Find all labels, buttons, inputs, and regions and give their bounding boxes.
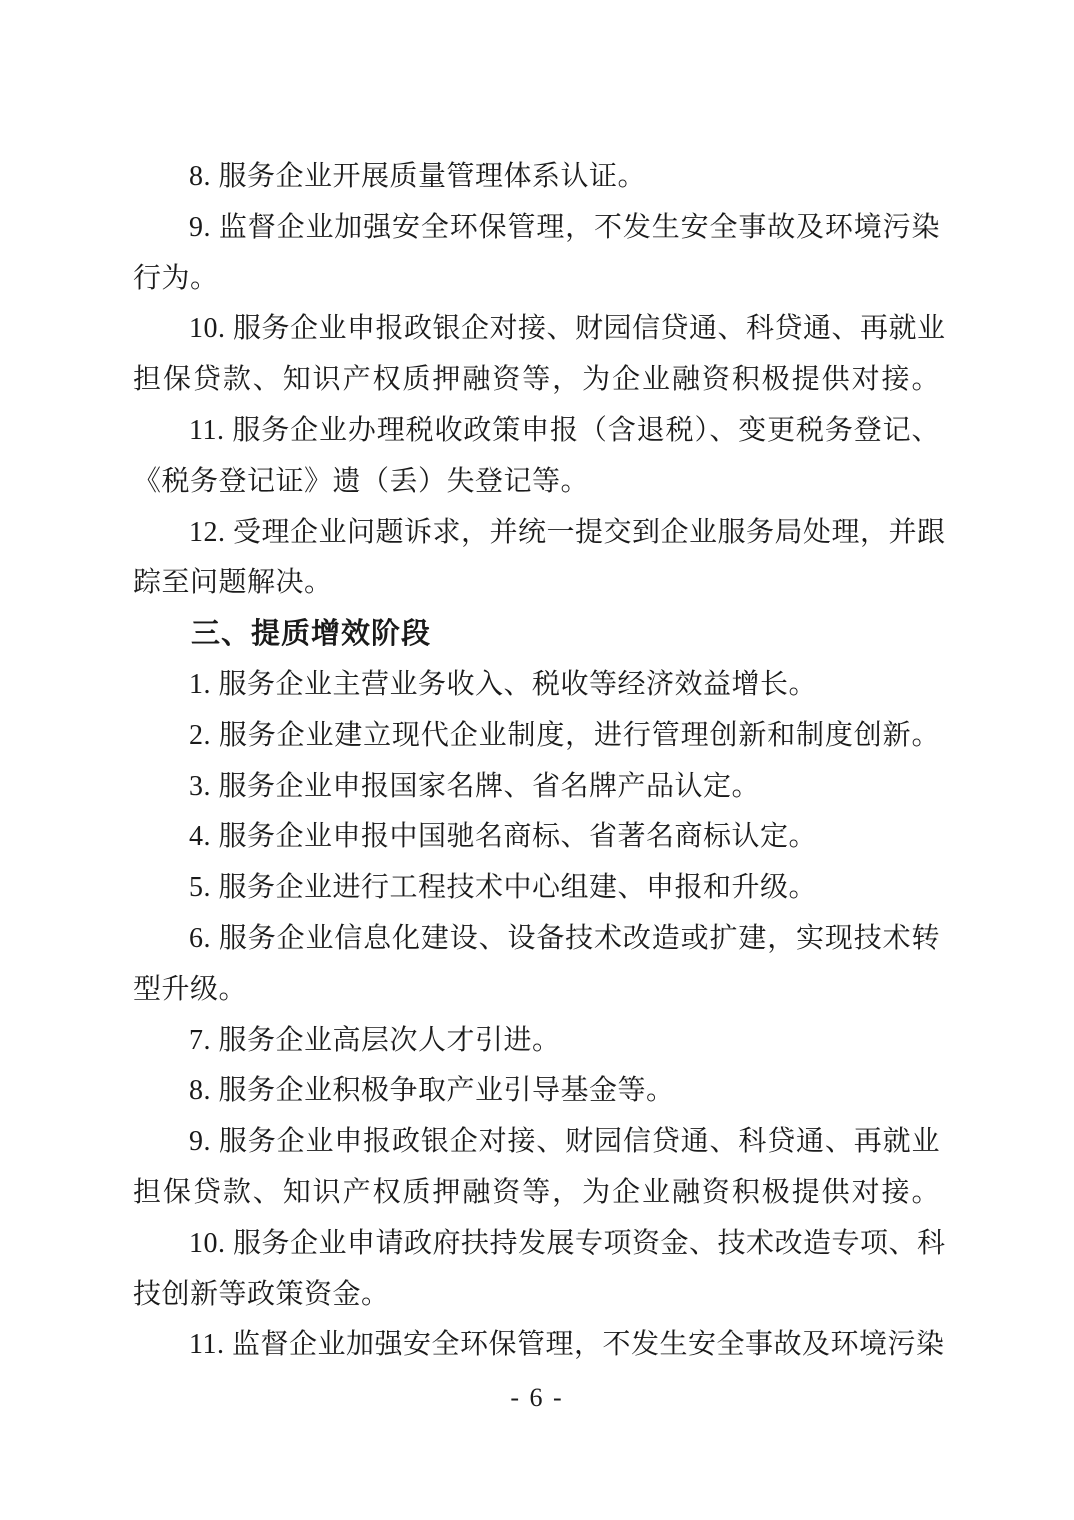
para-line-item-s3-9: 9. 服务企业申报政银企对接、财园信贷通、科贷通、再就业 [133,1117,940,1168]
para-line-item-s3-1: 1. 服务企业主营业务收入、税收等经济效益增长。 [133,660,940,711]
para-line-item-12: 12. 受理企业问题诉求，并统一提交到企业服务局处理，并跟 [133,508,940,559]
para-line-item-9: 9. 监督企业加强安全环保管理，不发生安全事故及环境污染 [133,203,940,254]
para-line-item-10-cont: 担保贷款、知识产权质押融资等，为企业融资积极提供对接。 [133,355,940,406]
para-line-item-12-cont: 踪至问题解决。 [133,558,940,609]
para-line-item-s3-2: 2. 服务企业建立现代企业制度，进行管理创新和制度创新。 [133,711,940,762]
para-line-item-11-cont: 《税务登记证》遗（丢）失登记等。 [133,457,940,508]
page-number: - 6 - [0,1383,1074,1413]
para-line-item-10: 10. 服务企业申报政银企对接、财园信贷通、科贷通、再就业 [133,304,940,355]
para-line-item-s3-6: 6. 服务企业信息化建设、设备技术改造或扩建，实现技术转 [133,914,940,965]
para-line-item-11: 11. 服务企业办理税收政策申报（含退税）、变更税务登记、 [133,406,940,457]
para-line-item-s3-4: 4. 服务企业申报中国驰名商标、省著名商标认定。 [133,812,940,863]
para-line-item-s3-6-cont: 型升级。 [133,965,940,1016]
document-page: 8. 服务企业开展质量管理体系认证。 9. 监督企业加强安全环保管理，不发生安全… [0,0,1074,1520]
section-heading: 三、提质增效阶段 [133,609,940,660]
para-line-item-s3-8: 8. 服务企业积极争取产业引导基金等。 [133,1066,940,1117]
para-line-item-s3-7: 7. 服务企业高层次人才引进。 [133,1016,940,1067]
para-line-item-9-cont: 行为。 [133,254,940,305]
para-line-item-s3-9-cont: 担保贷款、知识产权质押融资等，为企业融资积极提供对接。 [133,1168,940,1219]
para-line-item-s3-10-cont: 技创新等政策资金。 [133,1270,940,1321]
document-body: 8. 服务企业开展质量管理体系认证。 9. 监督企业加强安全环保管理，不发生安全… [133,152,940,1371]
para-line-item-s3-3: 3. 服务企业申报国家名牌、省名牌产品认定。 [133,762,940,813]
para-line-item-s3-11: 11. 监督企业加强安全环保管理，不发生安全事故及环境污染 [133,1320,940,1371]
para-line-item-8: 8. 服务企业开展质量管理体系认证。 [133,152,940,203]
para-line-item-s3-10: 10. 服务企业申请政府扶持发展专项资金、技术改造专项、科 [133,1219,940,1270]
para-line-item-s3-5: 5. 服务企业进行工程技术中心组建、申报和升级。 [133,863,940,914]
